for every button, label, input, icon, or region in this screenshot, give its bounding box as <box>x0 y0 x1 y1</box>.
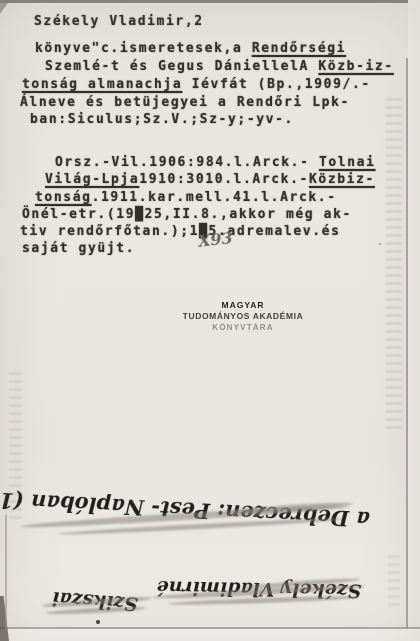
card-left-edge <box>5 515 7 630</box>
typed-line: Szemlé-t és Gegus DániellelA Közb-iz- <box>45 59 394 74</box>
typed-line: tiv rendőrfőtan.);1█5.adremalev.és <box>20 224 341 239</box>
typed-line: Orsz.-Vil.1906:984.l.Arck.- Tolnai <box>55 155 376 170</box>
photo-corner-top-left <box>0 0 10 14</box>
pencil-shelfmark: X93 <box>197 228 233 251</box>
stamp-line-3: KÖNYVTÁRA <box>163 323 323 332</box>
catalog-card-photo: Székely Vladimir,2 könyve"c.ismeretesek,… <box>0 0 420 641</box>
ink-speck <box>96 620 100 624</box>
photo-margin-right <box>408 0 420 641</box>
typed-line: tonság almanachja Iévfát (Bp.,1909/.- <box>22 77 371 92</box>
typed-line: saját gyüjt. <box>22 241 135 256</box>
typed-line: tonság.1911.kar.mell.41.l.Arck.- <box>35 190 337 205</box>
typed-line: ban:Siculus;Sz.V.;Sz-y;-yv-. <box>30 112 294 127</box>
typed-line: Világ-Lpja1910:3010.l.Arck.-Közbiz- <box>45 172 375 187</box>
library-stamp: MAGYAR TUDOMÁNYOS AKADÉMIA KÖNYVTÁRA <box>163 300 323 332</box>
stamp-line-2: TUDOMÁNYOS AKADÉMIA <box>163 311 323 321</box>
typed-line: Önél-etr.(19█25,II.8.,akkor még ak- <box>22 207 352 222</box>
typed-line: könyve"c.ismeretesek,a Rendőrségi <box>35 41 346 56</box>
card-heading: Székely Vladimir,2 <box>34 14 204 29</box>
verso-ink-bleed-right-bottom <box>388 555 400 610</box>
photo-top-edge <box>0 0 420 3</box>
photo-margin-bottom <box>0 629 420 641</box>
stamp-line-1: MAGYAR <box>163 300 323 310</box>
ink-speck <box>379 243 381 245</box>
card-bottom-edge <box>0 627 420 629</box>
typed-line: Álneve és betüjegyei a Rendőri Lpk- <box>20 95 350 110</box>
card-right-edge <box>406 58 408 630</box>
verso-ink-bleed-right <box>386 98 402 433</box>
